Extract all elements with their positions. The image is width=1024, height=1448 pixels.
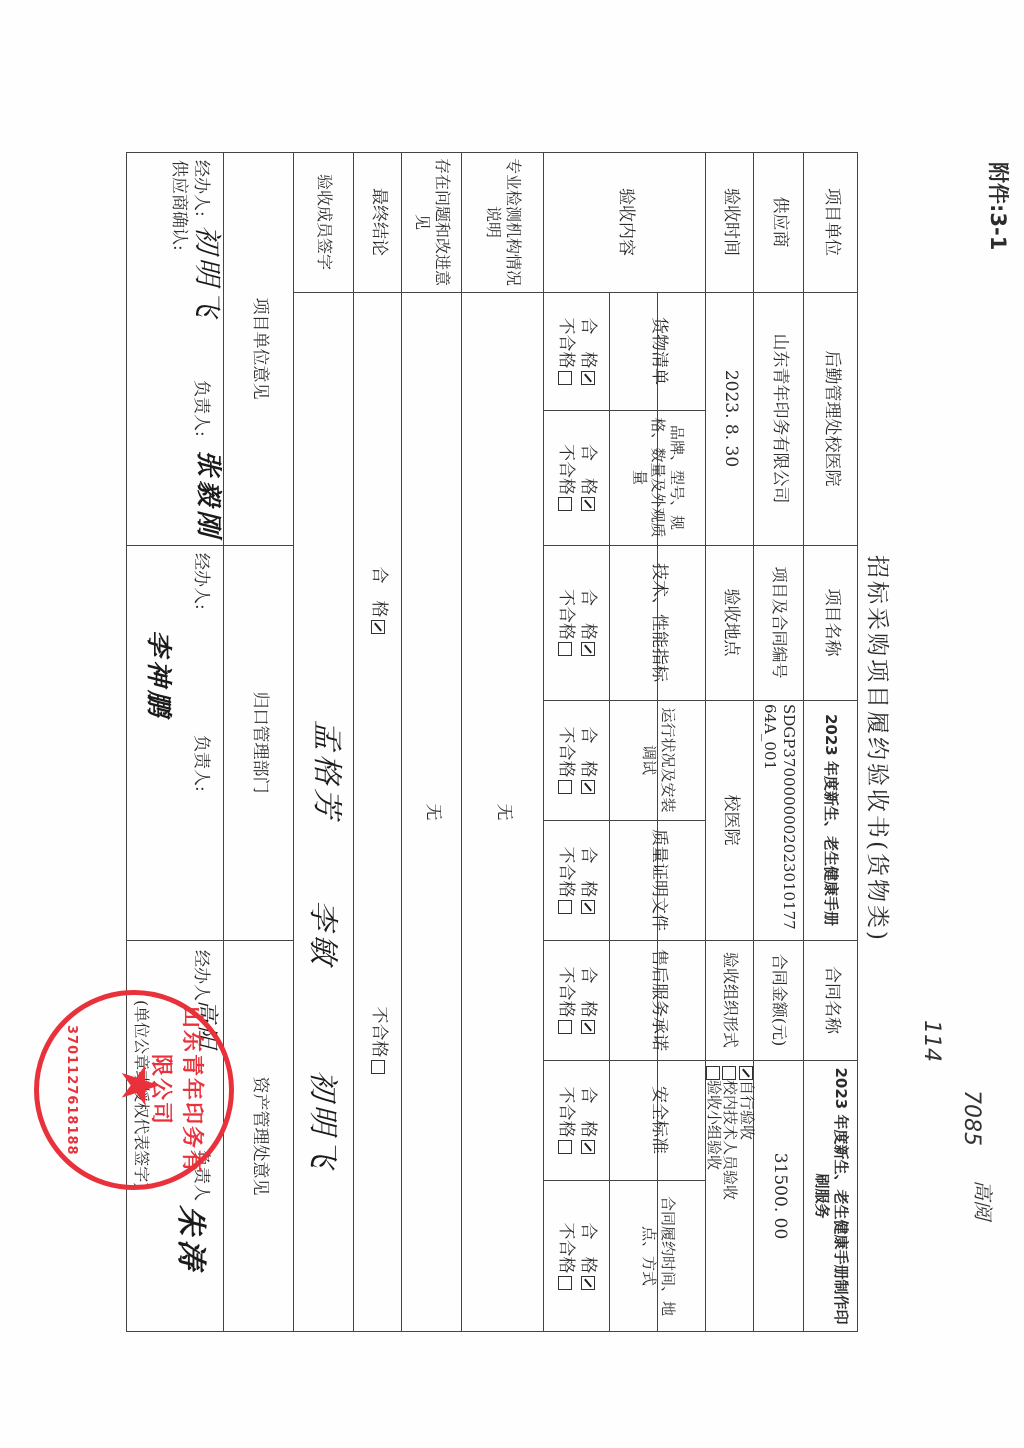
- content-item-result[interactable]: 合 格 不合格: [544, 410, 610, 545]
- checkbox-checked-icon[interactable]: [581, 1140, 595, 1154]
- member-signature: 孟格芳: [308, 720, 352, 822]
- checkbox-empty-icon[interactable]: [559, 1276, 573, 1290]
- dept-head-label: 负责人:: [191, 735, 216, 792]
- checkbox-checked-icon[interactable]: [739, 1066, 753, 1080]
- checkbox-empty-icon[interactable]: [559, 1020, 573, 1034]
- accept-place-label: 验收地点: [706, 545, 754, 700]
- project-unit-value: 后勤管理处校医院: [804, 292, 858, 545]
- content-item-name: 货物清单: [610, 292, 706, 410]
- content-item-name: 品牌、型号、规格、数量及外观质量: [610, 410, 706, 545]
- handwritten-note-2: 7085: [959, 1090, 984, 1146]
- checkbox-checked-icon[interactable]: [581, 780, 595, 794]
- asset-handler-label: 经办人: [191, 950, 216, 1001]
- content-item-result[interactable]: 合 格 不合格: [544, 700, 610, 820]
- checkbox-empty-icon[interactable]: [559, 497, 573, 511]
- members-label: 验收成员签字: [294, 152, 354, 292]
- project-name-label: 项目名称: [804, 545, 858, 700]
- attachment-label: 附件:3-1: [984, 162, 1014, 250]
- accept-org-label: 验收组织形式: [706, 940, 754, 1060]
- accept-org-option[interactable]: 验收小组验收: [705, 1064, 722, 1170]
- checkbox-checked-icon[interactable]: [581, 497, 595, 511]
- content-item-result[interactable]: 合 格 不合格: [544, 940, 610, 1060]
- content-item-result[interactable]: 合 格 不合格: [544, 820, 610, 940]
- supplier-label: 供应商: [754, 152, 804, 292]
- content-item-result[interactable]: 合 格 不合格: [544, 292, 610, 410]
- checkbox-empty-icon[interactable]: [559, 642, 573, 656]
- contract-name-value: 2023 年度新生、老生健康手册制作印刷服务: [804, 1060, 858, 1332]
- checkbox-checked-icon[interactable]: [371, 620, 385, 634]
- content-item-name: 安全标准: [610, 1060, 706, 1180]
- asset-opinion-title: 资产管理处意见: [224, 940, 294, 1332]
- contract-amount-label: 合同金额(元): [754, 940, 804, 1060]
- acceptance-form-page: 附件:3-1 招标采购项目履约验收书(货物类) 114 7085 高阅 项目单位…: [0, 0, 1024, 1448]
- supplier-signature: 李神鹏: [142, 630, 179, 720]
- supplier-value: 山东青年印务有限公司: [754, 292, 804, 545]
- accept-time-value: 2023. 8. 30: [706, 292, 754, 545]
- checkbox-checked-icon[interactable]: [581, 1020, 595, 1034]
- checkbox-empty-icon[interactable]: [559, 780, 573, 794]
- accept-org-option[interactable]: 校内技术人员验收: [722, 1064, 739, 1200]
- unit-handler-signature: 初明飞: [189, 225, 229, 321]
- checkbox-empty-icon[interactable]: [722, 1066, 736, 1080]
- handwritten-note-1: 114: [919, 1020, 944, 1062]
- content-item-result[interactable]: 合 格 不合格: [544, 1180, 610, 1332]
- member-signature: 李敏: [304, 900, 348, 968]
- seal-number: 3701127618188: [64, 1025, 79, 1156]
- issues-value: 无: [402, 292, 462, 1332]
- accept-org-option[interactable]: 自行验收: [738, 1064, 755, 1140]
- conclusion-pass[interactable]: 合 格: [354, 500, 402, 700]
- contract-no-label: 项目及合同编号: [754, 545, 804, 700]
- inspection-label: 专业检测机构情况说明: [462, 152, 544, 292]
- checkbox-empty-icon[interactable]: [371, 1060, 385, 1074]
- checkbox-empty-icon[interactable]: [559, 1140, 573, 1154]
- checkbox-checked-icon[interactable]: [581, 900, 595, 914]
- issues-label: 存在问题和改进意见: [402, 152, 462, 292]
- checkbox-checked-icon[interactable]: [581, 1276, 595, 1290]
- contract-amount-value: 31500. 00: [754, 1060, 804, 1332]
- content-item-name: 技术、性能指标: [610, 545, 706, 700]
- content-item-name: 合同履约时间、地点、方式: [610, 1180, 706, 1332]
- checkbox-empty-icon[interactable]: [559, 371, 573, 385]
- inspection-value: 无: [462, 292, 544, 1332]
- checkbox-checked-icon[interactable]: [581, 371, 595, 385]
- member-signature: 初明飞: [304, 1070, 348, 1172]
- supplier-confirm-label: 供应商确认:: [169, 160, 194, 251]
- handwritten-note-3: 高阅: [970, 1180, 999, 1220]
- conclusion-fail[interactable]: 不合格: [354, 940, 402, 1140]
- contract-no-value: SDGP370000000202301017764A_001: [754, 700, 804, 940]
- project-name-value: 2023 年度新生、老生健康手册: [804, 700, 858, 940]
- accept-time-label: 验收时间: [706, 152, 754, 292]
- checkbox-empty-icon[interactable]: [559, 900, 573, 914]
- content-label: 验收内容: [544, 152, 706, 292]
- content-item-name: 运行状况及安装调试: [610, 700, 706, 820]
- content-item-result[interactable]: 合 格 不合格: [544, 545, 610, 700]
- asset-head-signature: 朱涛: [172, 1205, 216, 1273]
- checkbox-checked-icon[interactable]: [581, 642, 595, 656]
- unit-opinion-title: 项目单位意见: [224, 152, 294, 545]
- dept-opinion-title: 归口管理部门: [224, 545, 294, 940]
- seal-star-icon: ★: [109, 1062, 169, 1109]
- unit-head-signature: 张毅刚: [192, 450, 229, 540]
- content-item-name: 售后服务承诺: [610, 940, 706, 1060]
- form-title: 招标采购项目履约验收书(货物类): [863, 555, 896, 943]
- accept-org-options: 自行验收 校内技术人员验收 验收小组验收: [706, 1060, 754, 1332]
- accept-place-value: 校医院: [706, 700, 754, 940]
- unit-handler-label: 经办人:: [191, 160, 216, 217]
- conclusion-label: 最终结论: [354, 152, 402, 292]
- unit-head-label: 负责人:: [191, 380, 216, 437]
- contract-name-label: 合同名称: [804, 940, 858, 1060]
- content-item-result[interactable]: 合 格 不合格: [544, 1060, 610, 1180]
- content-item-name: 质量证明文件: [610, 820, 706, 940]
- project-unit-label: 项目单位: [804, 152, 858, 292]
- dept-handler-label: 经办人:: [191, 553, 216, 610]
- checkbox-empty-icon[interactable]: [706, 1066, 720, 1080]
